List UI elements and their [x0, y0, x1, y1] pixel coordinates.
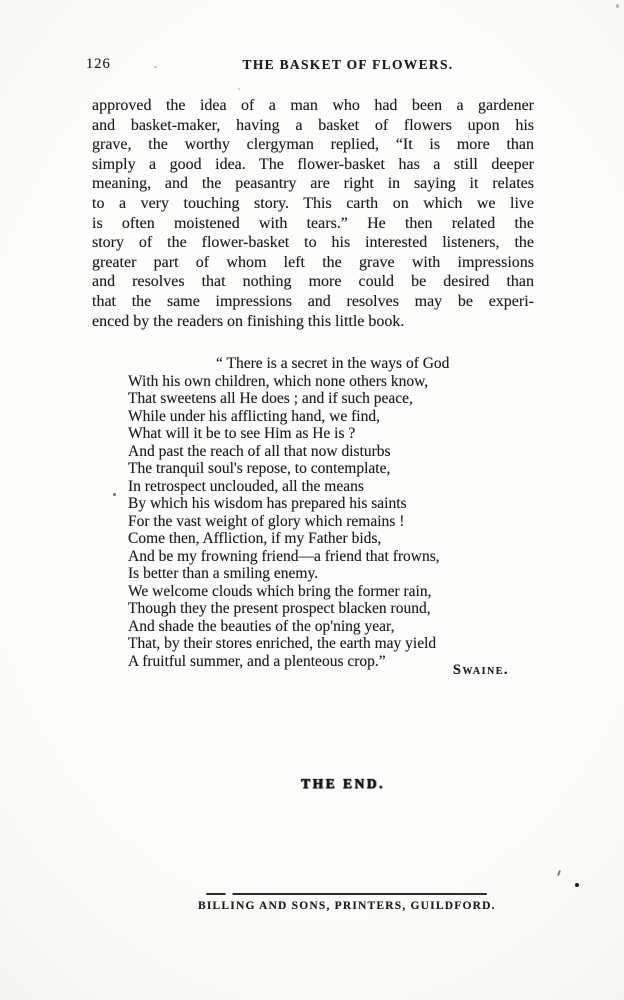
- paragraph-line: simply a good idea. The flower-basket ha…: [92, 155, 534, 175]
- paragraph-line: approved the idea of a man who had been …: [92, 96, 534, 116]
- ink-speck: [238, 88, 240, 90]
- book-page-scan: 126 THE BASKET OF FLOWERS. approved the …: [0, 0, 624, 1000]
- poem-line: Is better than a smiling enemy.: [128, 565, 553, 583]
- paragraph-line: story of the flower-basket to his intere…: [92, 233, 534, 253]
- ink-speck: [557, 870, 561, 876]
- poem-line: And past the reach of all that now distu…: [128, 443, 553, 461]
- poem-line: That sweetens all He does ; and if such …: [128, 390, 553, 408]
- poem-block: “ There is a secret in the ways of God W…: [128, 355, 553, 670]
- poem-line: And be my frowning friend—a friend that …: [128, 548, 553, 566]
- body-paragraph: approved the idea of a man who had been …: [92, 96, 534, 331]
- paragraph-line: and basket-maker, having a basket of flo…: [92, 116, 534, 136]
- poem-line: Though they the present prospect blacken…: [128, 600, 553, 618]
- poem-attribution: Swaine.: [401, 662, 509, 679]
- paragraph-line: to a very touching story. This carth on …: [92, 194, 534, 214]
- poem-line: By which his wisdom has prepared his sai…: [128, 495, 553, 513]
- running-header: THE BASKET OF FLOWERS.: [236, 57, 460, 73]
- paragraph-line: grave, the worthy clergyman replied, “It…: [92, 135, 534, 155]
- paragraph-line: is often moistened with tears.” He then …: [92, 214, 534, 234]
- printer-imprint: BILLING AND SONS, PRINTERS, GUILDFORD.: [198, 900, 495, 912]
- end-mark: THE END.: [281, 776, 405, 792]
- printer-rule: [206, 893, 487, 895]
- poem-line: And shade the beauties of the op'ning ye…: [128, 618, 553, 636]
- paragraph-line: meaning, and the peasantry are right in …: [92, 174, 534, 194]
- poem-line: Come then, Affliction, if my Father bids…: [128, 530, 553, 548]
- poem-line: With his own children, which none others…: [128, 373, 553, 391]
- paragraph-line: and resolves that nothing more could be …: [92, 272, 534, 292]
- ink-speck: [154, 66, 157, 68]
- poem-line: In retrospect unclouded, all the means: [128, 478, 553, 496]
- paragraph-line: that the same impressions and resolves m…: [92, 292, 534, 312]
- ink-speck: [575, 883, 579, 887]
- poem-line: The tranquil soul's repose, to contempla…: [128, 460, 553, 478]
- ink-speck: [616, 4, 619, 8]
- paragraph-line: enced by the readers on finishing this l…: [92, 312, 534, 332]
- poem-line: While under his afflicting hand, we find…: [128, 408, 553, 426]
- paragraph-line: greater part of whom left the grave with…: [92, 253, 534, 273]
- ink-speck: [113, 493, 116, 496]
- page-number: 126: [86, 56, 111, 73]
- poem-line: For the vast weight of glory which remai…: [128, 513, 553, 531]
- poem-line: We welcome clouds which bring the former…: [128, 583, 553, 601]
- poem-line: What will it be to see Him as He is ?: [128, 425, 553, 443]
- poem-line: “ There is a secret in the ways of God: [128, 355, 553, 373]
- poem-line: That, by their stores enriched, the eart…: [128, 635, 553, 653]
